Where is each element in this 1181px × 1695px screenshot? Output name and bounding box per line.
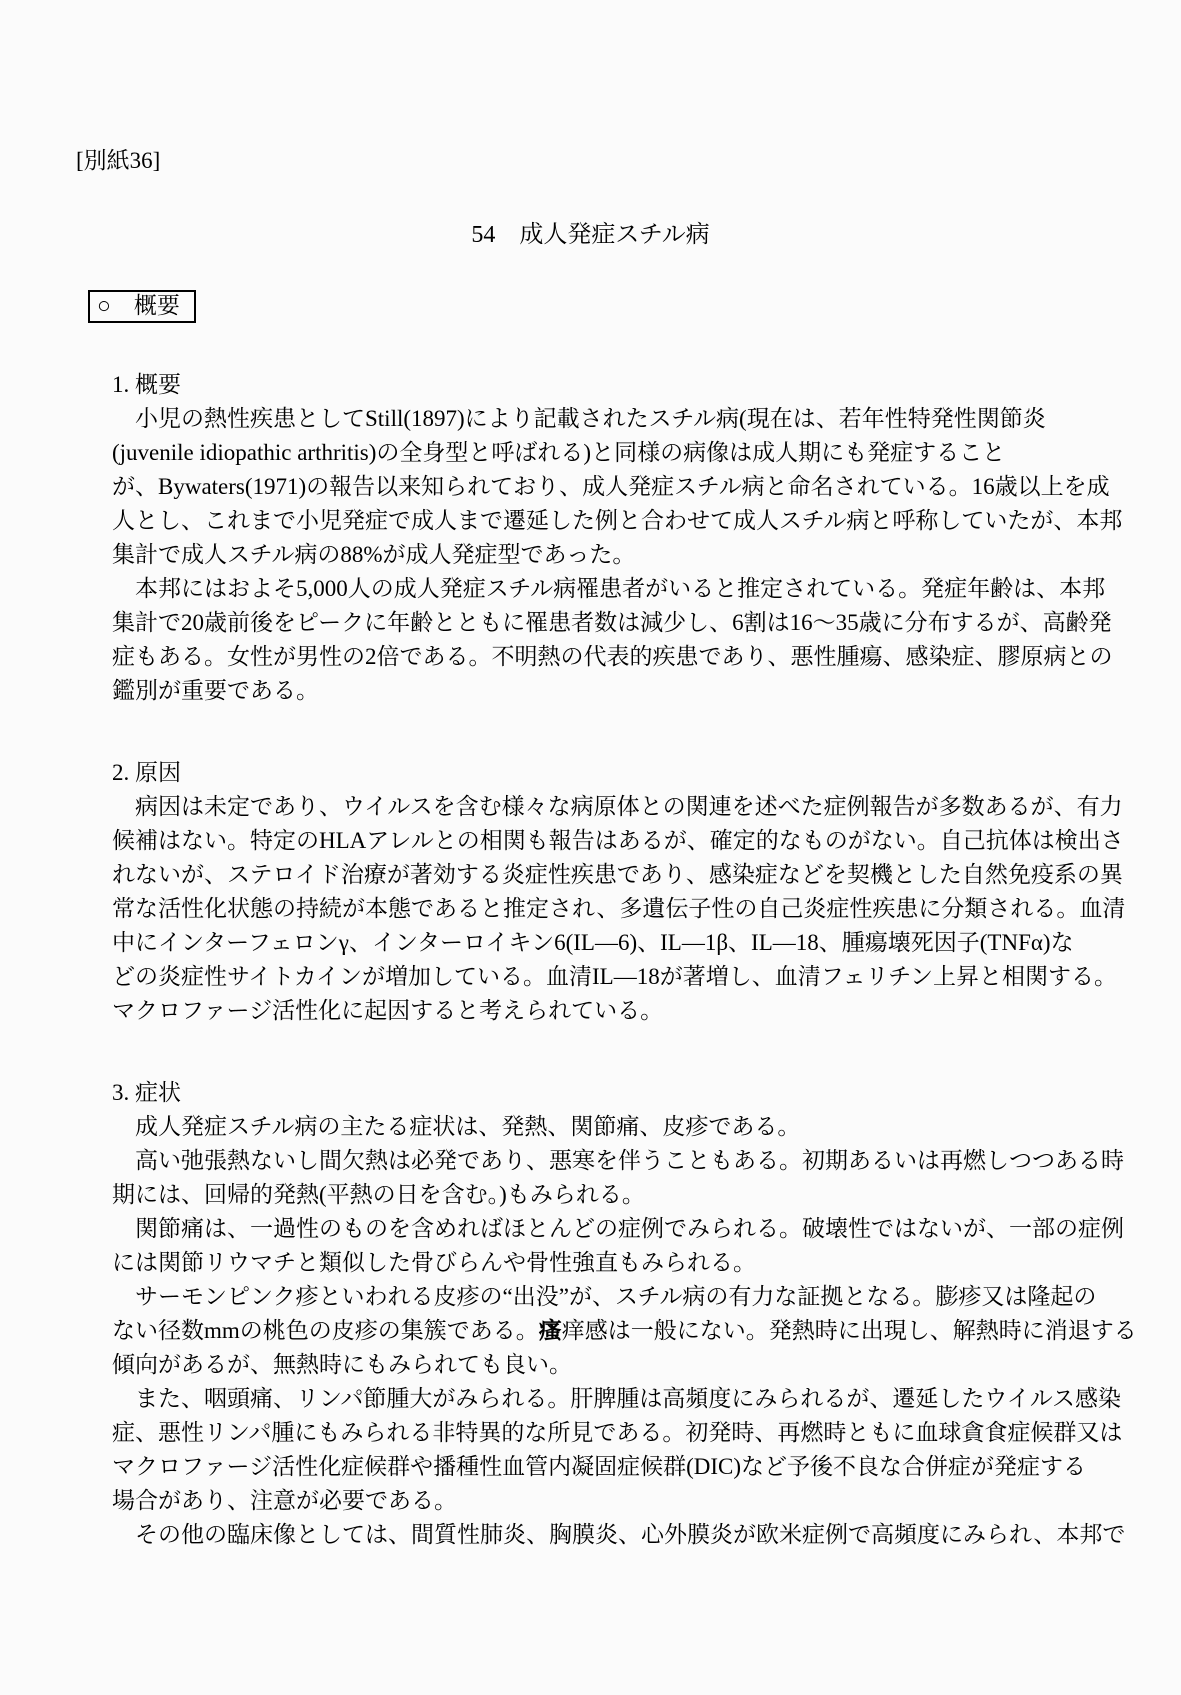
text-line: 候補はない。特定のHLAアレルとの相関も報告はあるが、確定的なものがない。自己抗… bbox=[112, 824, 1181, 858]
text-line: 成人発症スチル病の主たる症状は、発熱、関節痛、皮疹である。 bbox=[112, 1110, 1181, 1144]
section-1: 1. 概要 小児の熱性疾患としてStill(1897)により記載されたスチル病(… bbox=[0, 368, 1181, 708]
text-line: 集計で成人スチル病の88%が成人発症型であった。 bbox=[112, 538, 1181, 572]
text-line: ない径数mmの桃色の皮疹の集簇である。瘙痒感は一般にない。発熱時に出現し、解熱時… bbox=[112, 1314, 1181, 1348]
text-line: 病因は未定であり、ウイルスを含む様々な病原体との関連を述べた症例報告が多数あるが… bbox=[112, 790, 1181, 824]
text-line: 集計で20歳前後をピークに年齢とともに罹患者数は減少し、6割は16〜35歳に分布… bbox=[112, 606, 1181, 640]
text-line: サーモンピンク疹といわれる皮疹の“出没”が、スチル病の有力な証拠となる。膨疹又は… bbox=[112, 1280, 1181, 1314]
overview-row: ○ 概要 bbox=[88, 290, 1181, 323]
document-page: [別紙36] 54 成人発症スチル病 ○ 概要 1. 概要 小児の熱性疾患として… bbox=[0, 0, 1181, 1695]
text-line: 症、悪性リンパ腫にもみられる非特異的な所見である。初発時、再燃時ともに血球貪食症… bbox=[112, 1416, 1181, 1450]
text-line: には関節リウマチと類似した骨びらんや骨性強直もみられる。 bbox=[112, 1246, 1181, 1280]
text-line: れないが、ステロイド治療が著効する炎症性疾患であり、感染症などを契機とした自然免… bbox=[112, 858, 1181, 892]
text-line: 症もある。女性が男性の2倍である。不明熱の代表的疾患であり、悪性腫瘍、感染症、膠… bbox=[112, 640, 1181, 674]
text-line: 小児の熱性疾患としてStill(1897)により記載されたスチル病(現在は、若年… bbox=[112, 402, 1181, 436]
section-3: 3. 症状 成人発症スチル病の主たる症状は、発熱、関節痛、皮疹である。 高い弛張… bbox=[0, 1076, 1181, 1552]
page-title: 54 成人発症スチル病 bbox=[0, 219, 1181, 252]
text-line: 人とし、これまで小児発症で成人まで遷延した例と合わせて成人スチル病と呼称していた… bbox=[112, 504, 1181, 538]
text-line: が、Bywaters(1971)の報告以来知られており、成人発症スチル病と命名さ… bbox=[112, 470, 1181, 504]
document-body: 1. 概要 小児の熱性疾患としてStill(1897)により記載されたスチル病(… bbox=[0, 368, 1181, 1552]
section-2: 2. 原因 病因は未定であり、ウイルスを含む様々な病原体との関連を述べた症例報告… bbox=[0, 756, 1181, 1028]
overview-section-marker: ○ 概要 bbox=[88, 290, 196, 323]
text-line: どの炎症性サイトカインが増加している。血清IL―18が著増し、血清フェリチン上昇… bbox=[112, 960, 1181, 994]
text-line: マクロファージ活性化症候群や播種性血管内凝固症候群(DIC)など予後不良な合併症… bbox=[112, 1450, 1181, 1484]
text-line: マクロファージ活性化に起因すると考えられている。 bbox=[112, 994, 1181, 1028]
text-line: 常な活性化状態の持続が本態であると推定され、多遺伝子性の自己炎症性疾患に分類され… bbox=[112, 892, 1181, 926]
text-line: 本邦にはおよそ5,000人の成人発症スチル病罹患者がいると推定されている。発症年… bbox=[112, 572, 1181, 606]
text-line: また、咽頭痛、リンパ節腫大がみられる。肝脾腫は高頻度にみられるが、遷延したウイル… bbox=[112, 1382, 1181, 1416]
section-heading: 1. 概要 bbox=[112, 368, 1181, 402]
text-line: その他の臨床像としては、間質性肺炎、胸膜炎、心外膜炎が欧米症例で高頻度にみられ、… bbox=[112, 1518, 1181, 1552]
text-line: 傾向があるが、無熱時にもみられても良い。 bbox=[112, 1348, 1181, 1382]
text-line: 高い弛張熱ないし間欠熱は必発であり、悪寒を伴うこともある。初期あるいは再燃しつつ… bbox=[112, 1144, 1181, 1178]
text-line: 鑑別が重要である。 bbox=[112, 674, 1181, 708]
text-line: 中にインターフェロンγ、インターロイキン6(IL―6)、IL―1β、IL―18、… bbox=[112, 926, 1181, 960]
text-line: 関節痛は、一過性のものを含めればほとんどの症例でみられる。破壊性ではないが、一部… bbox=[112, 1212, 1181, 1246]
text-line: (juvenile idiopathic arthritis)の全身型と呼ばれる… bbox=[112, 436, 1181, 470]
attachment-label: [別紙36] bbox=[76, 148, 1181, 174]
gaiji-char: 瘙 bbox=[539, 1318, 562, 1343]
text-line: 期には、回帰的発熱(平熱の日を含む。)もみられる。 bbox=[112, 1178, 1181, 1212]
section-heading: 2. 原因 bbox=[112, 756, 1181, 790]
section-heading: 3. 症状 bbox=[112, 1076, 1181, 1110]
text-line: 場合があり、注意が必要である。 bbox=[112, 1484, 1181, 1518]
